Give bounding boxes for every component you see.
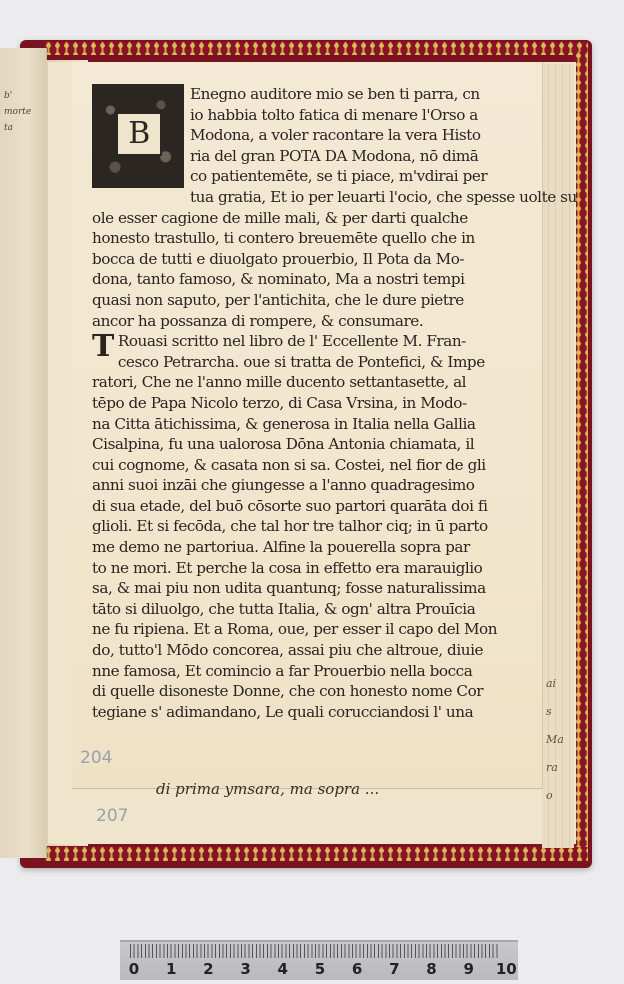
right-margin-notes: ai s Ma ra o — [546, 670, 564, 810]
text-line: tegiane s' adimandano, Le quali coruccia… — [92, 702, 522, 723]
ruler-label: 8 — [422, 960, 442, 978]
scale-ruler: 0 1 2 3 4 5 6 7 8 9 10 — [120, 940, 518, 980]
text-line: dona, tanto famoso, & nominato, Ma a nos… — [92, 269, 522, 290]
second-initial: T — [92, 337, 114, 357]
text-line: Rouasi scritto nel libro de l' Eccellent… — [92, 331, 522, 352]
ruler-label: 3 — [236, 960, 256, 978]
text-line: bocca de tutti e diuolgato prouerbio, Il… — [92, 249, 522, 270]
ruler-label: 9 — [459, 960, 479, 978]
handwritten-note: di prima ymsara, ma sopra ... — [156, 780, 379, 798]
left-flyleaf: b' morte ta — [0, 48, 47, 858]
ruler-label: 6 — [347, 960, 367, 978]
text-line: me demo ne partoriua. Alfine la pouerell… — [92, 537, 522, 558]
ruler-label: 4 — [273, 960, 293, 978]
gilt-border-bottom — [44, 847, 588, 861]
text-line: glioli. Et si fecōda, che tal hor tre ta… — [92, 516, 522, 537]
text-line: tua gratia, Et io per leuarti l'ocio, ch… — [92, 187, 522, 208]
gilt-border-top — [44, 42, 588, 55]
ruler-label: 5 — [310, 960, 330, 978]
text-line: quasi non saputo, per l'antichita, che l… — [92, 290, 522, 311]
ruler-label: 10 — [496, 960, 516, 978]
pencil-folio-top: 204 — [80, 748, 112, 768]
text-line: ancor ha possanza di rompere, & consumar… — [92, 311, 522, 332]
ruler-label: 7 — [384, 960, 404, 978]
text-line: ratori, Che ne l'anno mille ducento sett… — [92, 372, 522, 393]
text-line: tāto si diluolgo, che tutta Italia, & og… — [92, 599, 522, 620]
text-line: Cisalpina, fu una ualorosa Dōna Antonia … — [92, 434, 522, 455]
gilt-border-right — [574, 52, 588, 852]
ruler-label: 0 — [124, 960, 144, 978]
text-line: na Citta ātichissima, & generosa in Ital… — [92, 414, 522, 435]
text-line: nne famosa, Et comincio a far Prouerbio … — [92, 661, 522, 682]
text-line: cui cognome, & casata non si sa. Costei,… — [92, 455, 522, 476]
ruler-label: 2 — [198, 960, 218, 978]
text-line: anni suoi inzāi che giungesse a l'anno q… — [92, 475, 522, 496]
initial-letter: B — [116, 112, 162, 156]
ruler-ticks — [130, 944, 500, 958]
ruler-labels: 0 1 2 3 4 5 6 7 8 9 10 — [124, 960, 516, 978]
text-line: ne fu ripiena. Et a Roma, oue, per esser… — [92, 619, 522, 640]
text-line: di sua etade, del buō cōsorte suo partor… — [92, 496, 522, 517]
text-line: sa, & mai piu non udita quantunq; fosse … — [92, 578, 522, 599]
text-line: tēpo de Papa Nicolo terzo, di Casa Vrsin… — [92, 393, 522, 414]
text-line: honesto trastullo, ti contero breuemēte … — [92, 228, 522, 249]
text-line: do, tutto'l Mōdo concorea, assai piu che… — [92, 640, 522, 661]
text-line: cesco Petrarcha. oue si tratta de Pontef… — [92, 352, 522, 373]
text-line: to ne mori. Et perche la cosa in effetto… — [92, 558, 522, 579]
pencil-folio-bottom: 207 — [96, 806, 128, 826]
page-text: B Enegno auditore mio se ben ti parra, c… — [92, 84, 522, 722]
decorated-initial: B — [92, 84, 184, 188]
left-leaf-scribble: b' morte ta — [4, 88, 31, 136]
text-line: ole esser cagione de mille mali, & per d… — [92, 208, 522, 229]
text-line: di quelle disoneste Donne, che con hones… — [92, 681, 522, 702]
ruler-label: 1 — [161, 960, 181, 978]
